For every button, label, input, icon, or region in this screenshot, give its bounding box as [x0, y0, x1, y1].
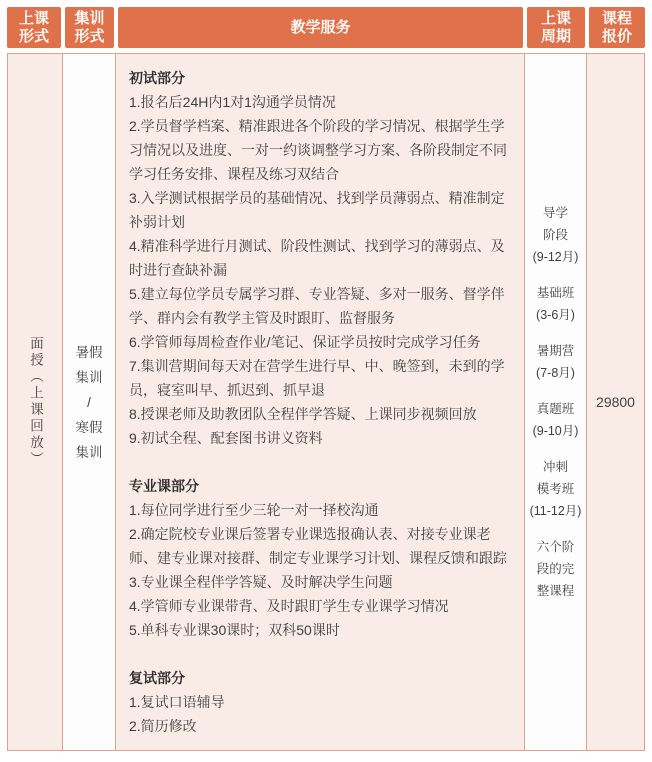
- header-class-format: 上课 形式: [7, 7, 61, 48]
- service-item: 1.每位同学进行至少三轮一对一择校沟通: [129, 498, 511, 522]
- header-teaching-services: 教学服务: [118, 7, 523, 48]
- schedule-stage: 六个阶 段的完 整课程: [537, 536, 575, 602]
- service-item: 1.复试口语辅导: [129, 690, 511, 714]
- service-item: 7.集训营期间每天对在营学生进行早、中、晚签到，未到的学员，寝室叫早、抓迟到、抓…: [129, 354, 511, 402]
- services-section-retest: 复试部分 1.复试口语辅导 2.简历修改: [129, 666, 511, 738]
- training-format-text: 暑假 集训 / 寒假 集训: [76, 340, 103, 465]
- service-item: 2.确定院校专业课后签署专业课选报确认表、对接专业课老师、建专业课对接群、制定专…: [129, 522, 511, 570]
- service-item: 8.授课老师及助教团队全程伴学答疑、上课同步视频回放: [129, 402, 511, 426]
- teaching-services-cell: 初试部分 1.报名后24H内1对1沟通学员情况 2.学员督学档案、精准跟进各个阶…: [116, 53, 525, 751]
- service-item: 6.学管师每周检查作业/笔记、保证学员按时完成学习任务: [129, 330, 511, 354]
- section-title: 专业课部分: [129, 474, 511, 498]
- class-format-text: 面授（上课回放）: [25, 336, 45, 468]
- schedule-stage: 真题班 (9-10月): [533, 398, 579, 442]
- class-format-cell: 面授（上课回放）: [7, 53, 63, 751]
- training-format-cell: 暑假 集训 / 寒假 集训: [63, 53, 116, 751]
- course-price-cell: 29800: [587, 53, 645, 751]
- services-section-first-exam: 初试部分 1.报名后24H内1对1沟通学员情况 2.学员督学档案、精准跟进各个阶…: [129, 66, 511, 450]
- section-title: 复试部分: [129, 666, 511, 690]
- header-class-period: 上课 周期: [527, 7, 585, 48]
- course-pricing-table: 上课 形式 集训 形式 教学服务 上课 周期 课程 报价 面授（上课回放） 暑假…: [0, 0, 652, 762]
- services-section-major-course: 专业课部分 1.每位同学进行至少三轮一对一择校沟通 2.确定院校专业课后签署专业…: [129, 474, 511, 642]
- service-item: 3.入学测试根据学员的基础情况、找到学员薄弱点、精准制定补弱计划: [129, 186, 511, 234]
- schedule-stage: 导学 阶段 (9-12月): [533, 202, 579, 268]
- service-item: 3.专业课全程伴学答疑、及时解决学生问题: [129, 570, 511, 594]
- schedule-stage: 暑期营 (7-8月): [536, 340, 575, 384]
- service-item: 5.单科专业课30课时；双科50课时: [129, 618, 511, 642]
- section-title: 初试部分: [129, 66, 511, 90]
- pricing-table-grid: 上课 形式 集训 形式 教学服务 上课 周期 课程 报价 面授（上课回放） 暑假…: [7, 7, 645, 751]
- class-period-cell: 导学 阶段 (9-12月) 基础班 (3-6月) 暑期营 (7-8月) 真题班 …: [525, 53, 587, 751]
- service-item: 4.学管师专业课带背、及时跟盯学生专业课学习情况: [129, 594, 511, 618]
- header-training-format: 集训 形式: [65, 7, 114, 48]
- schedule-stage: 冲刺 模考班 (11-12月): [530, 456, 582, 522]
- price-value: 29800: [596, 394, 635, 410]
- service-item: 2.学员督学档案、精准跟进各个阶段的学习情况、根据学生学习情况以及进度、一对一约…: [129, 114, 511, 186]
- service-item: 2.简历修改: [129, 714, 511, 738]
- service-item: 4.精准科学进行月测试、阶段性测试、找到学习的薄弱点、及时进行查缺补漏: [129, 234, 511, 282]
- service-item: 9.初试全程、配套图书讲义资料: [129, 426, 511, 450]
- schedule-stage: 基础班 (3-6月): [536, 282, 575, 326]
- header-course-price: 课程 报价: [589, 7, 645, 48]
- service-item: 5.建立每位学员专属学习群、专业答疑、多对一服务、督学伴学、群内会有教学主管及时…: [129, 282, 511, 330]
- service-item: 1.报名后24H内1对1沟通学员情况: [129, 90, 511, 114]
